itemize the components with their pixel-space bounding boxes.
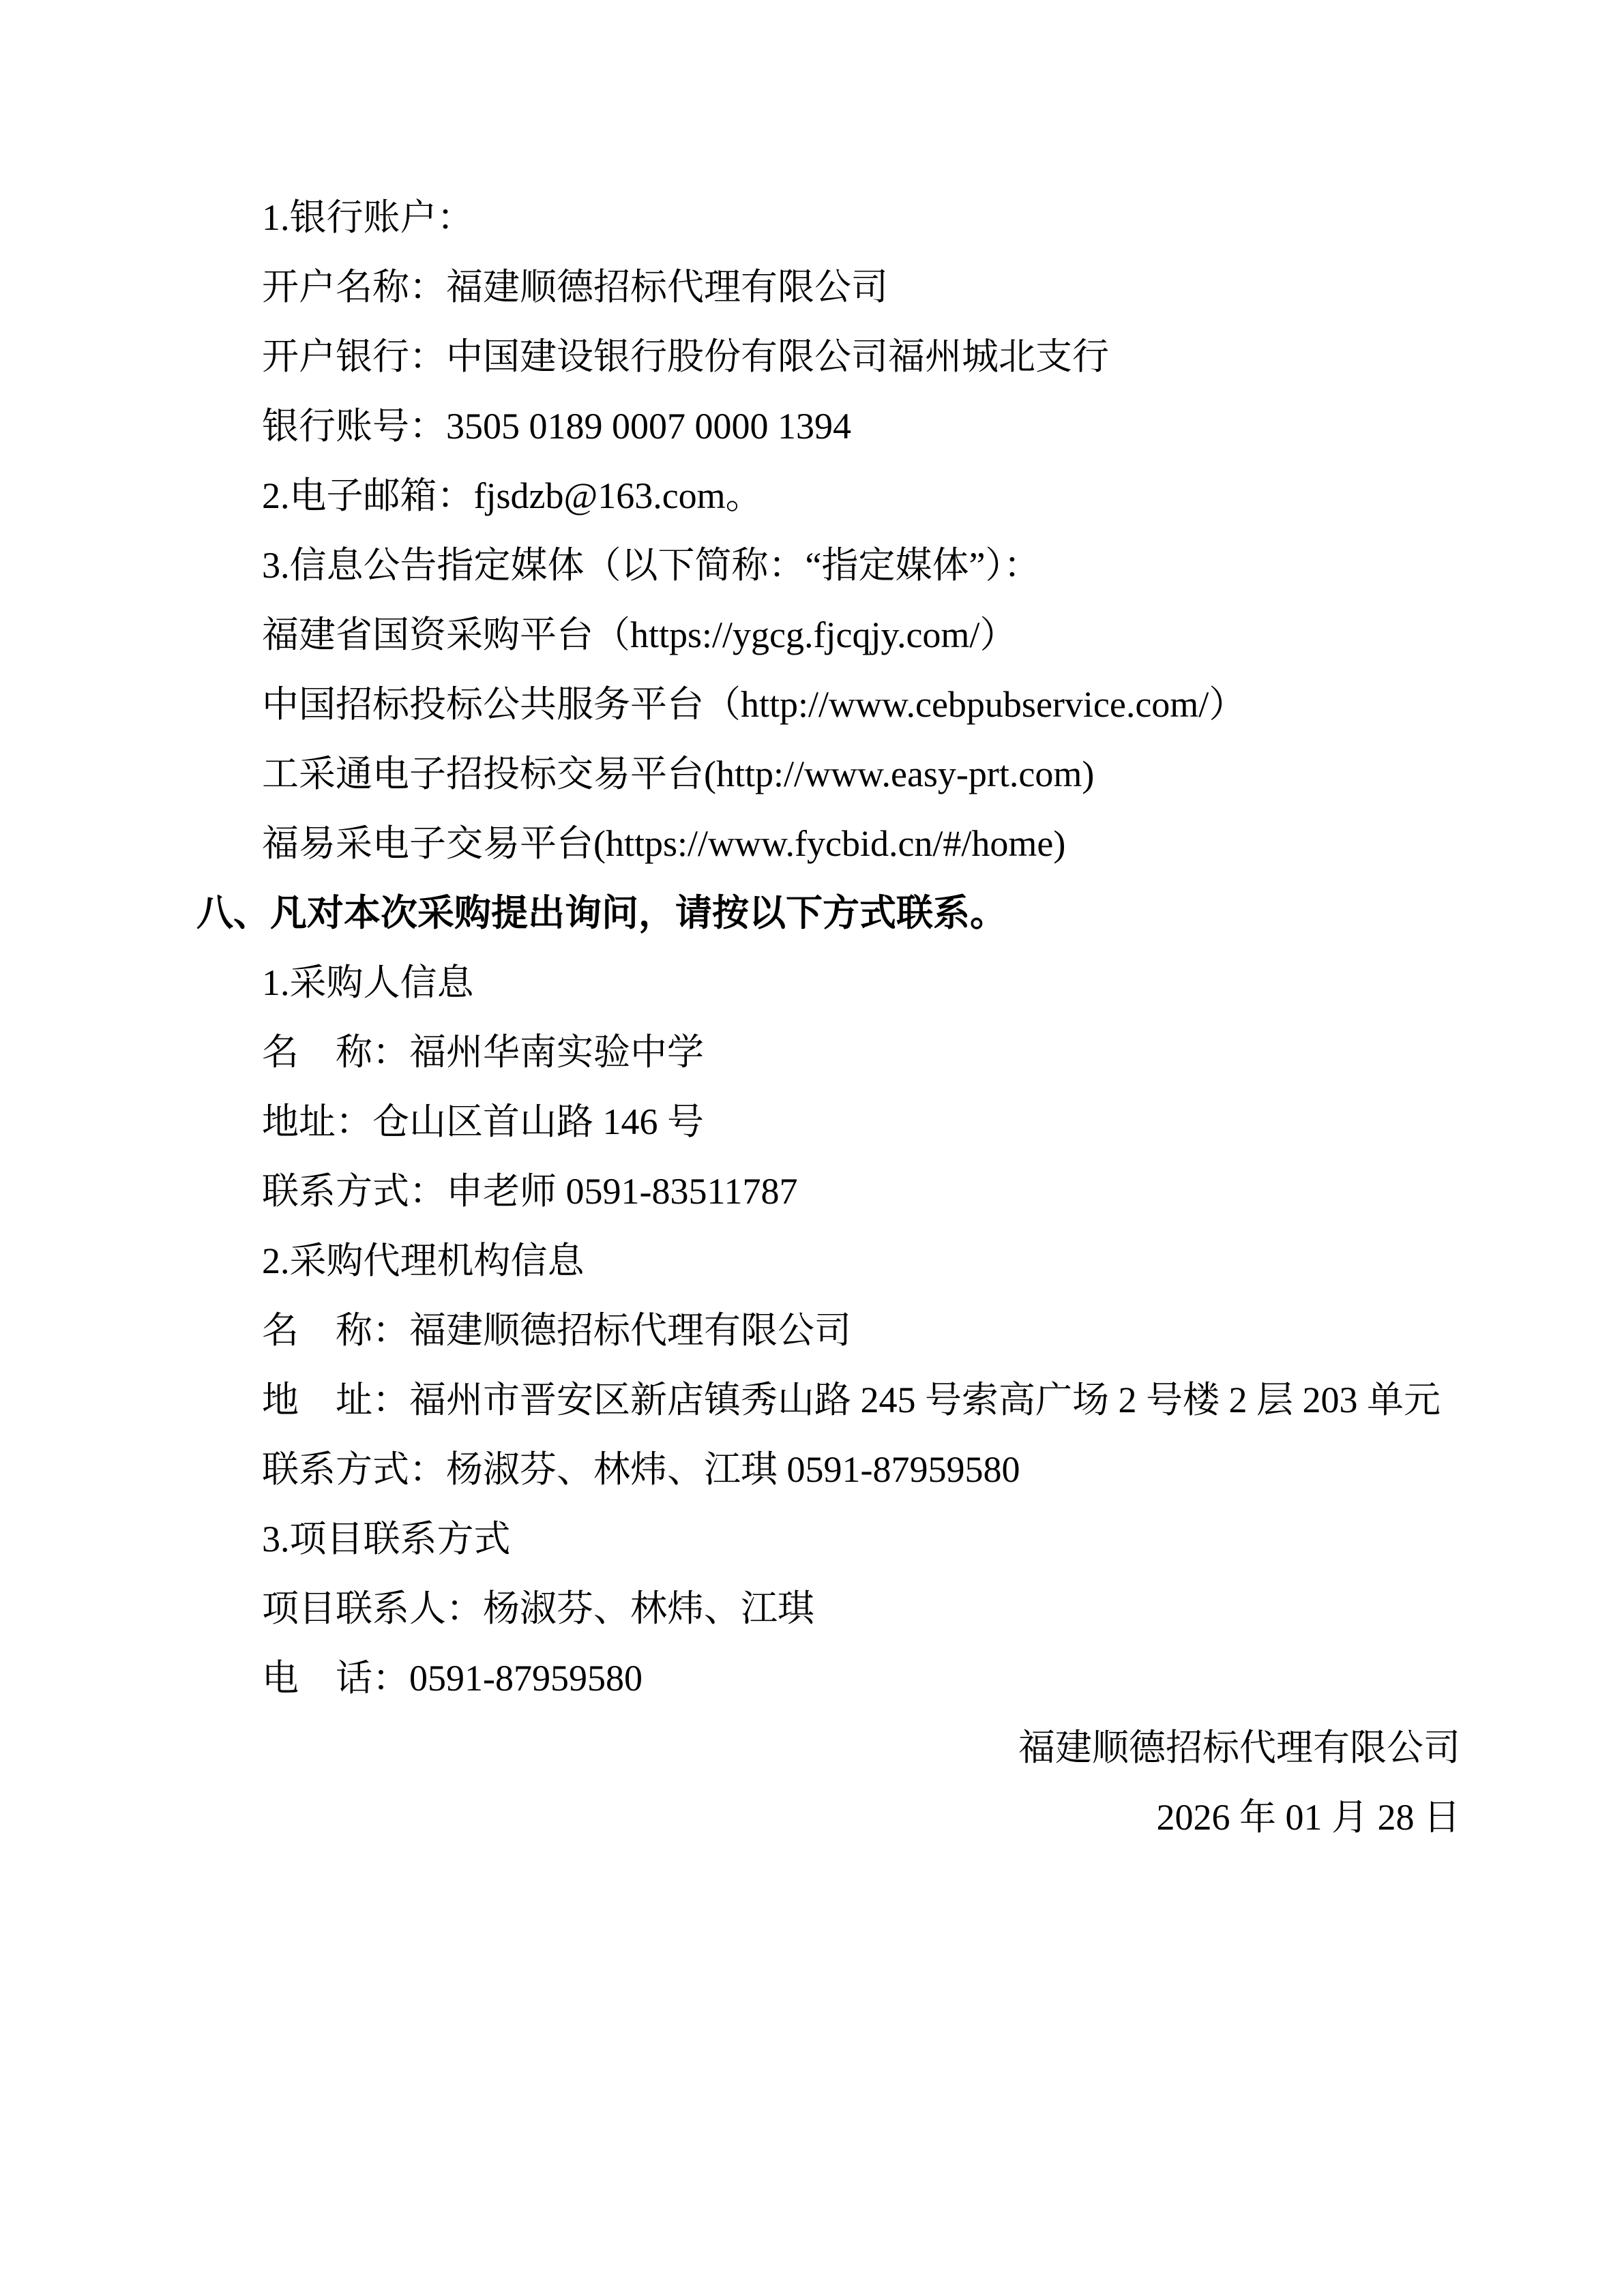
agency-contact-line: 联系方式：杨淑芬、林炜、江琪 0591-87959580 xyxy=(196,1435,1460,1504)
purchaser-contact-line: 联系方式：申老师 0591-83511787 xyxy=(196,1157,1460,1226)
signature-date-line: 2026 年 01 月 28 日 xyxy=(196,1783,1460,1852)
media-heading: 3.信息公告指定媒体（以下简称：“指定媒体”）： xyxy=(196,531,1460,600)
agency-address-line: 地 址：福州市晋安区新店镇秀山路 245 号索高广场 2 号楼 2 层 203 … xyxy=(196,1365,1460,1435)
signature-company-line: 福建顺德招标代理有限公司 xyxy=(196,1713,1460,1783)
account-number-line: 银行账号：3505 0189 0007 0000 1394 xyxy=(196,391,1460,461)
bank-account-heading: 1.银行账户： xyxy=(196,183,1460,252)
purchaser-info-heading: 1.采购人信息 xyxy=(196,948,1460,1017)
purchaser-name-line: 名 称：福州华南实验中学 xyxy=(196,1017,1460,1087)
platform-line-fycbid: 福易采电子交易平台(https://www.fycbid.cn/#/home) xyxy=(196,809,1460,878)
platform-line-cebpub: 中国招标投标公共服务平台（http://www.cebpubservice.co… xyxy=(196,670,1460,739)
account-name-line: 开户名称：福建顺德招标代理有限公司 xyxy=(196,252,1460,322)
platform-line-easyprt: 工采通电子招投标交易平台(http://www.easy-prt.com) xyxy=(196,739,1460,809)
bank-name-line: 开户银行：中国建设银行股份有限公司福州城北支行 xyxy=(196,322,1460,391)
agency-info-heading: 2.采购代理机构信息 xyxy=(196,1226,1460,1296)
document-page: 1.银行账户： 开户名称：福建顺德招标代理有限公司 开户银行：中国建设银行股份有… xyxy=(0,0,1624,2296)
project-contact-person-line: 项目联系人：杨淑芬、林炜、江琪 xyxy=(196,1574,1460,1643)
agency-name-line: 名 称：福建顺德招标代理有限公司 xyxy=(196,1296,1460,1365)
platform-line-ygcg: 福建省国资采购平台（https://ygcg.fjcqjy.com/） xyxy=(196,600,1460,670)
purchaser-address-line: 地址：仓山区首山路 146 号 xyxy=(196,1087,1460,1157)
email-line: 2.电子邮箱：fjsdzb@163.com。 xyxy=(196,461,1460,531)
project-phone-line: 电 话：0591-87959580 xyxy=(196,1643,1460,1713)
section8-heading: 八、凡对本次采购提出询问，请按以下方式联系。 xyxy=(196,878,1460,948)
project-contact-heading: 3.项目联系方式 xyxy=(196,1504,1460,1574)
